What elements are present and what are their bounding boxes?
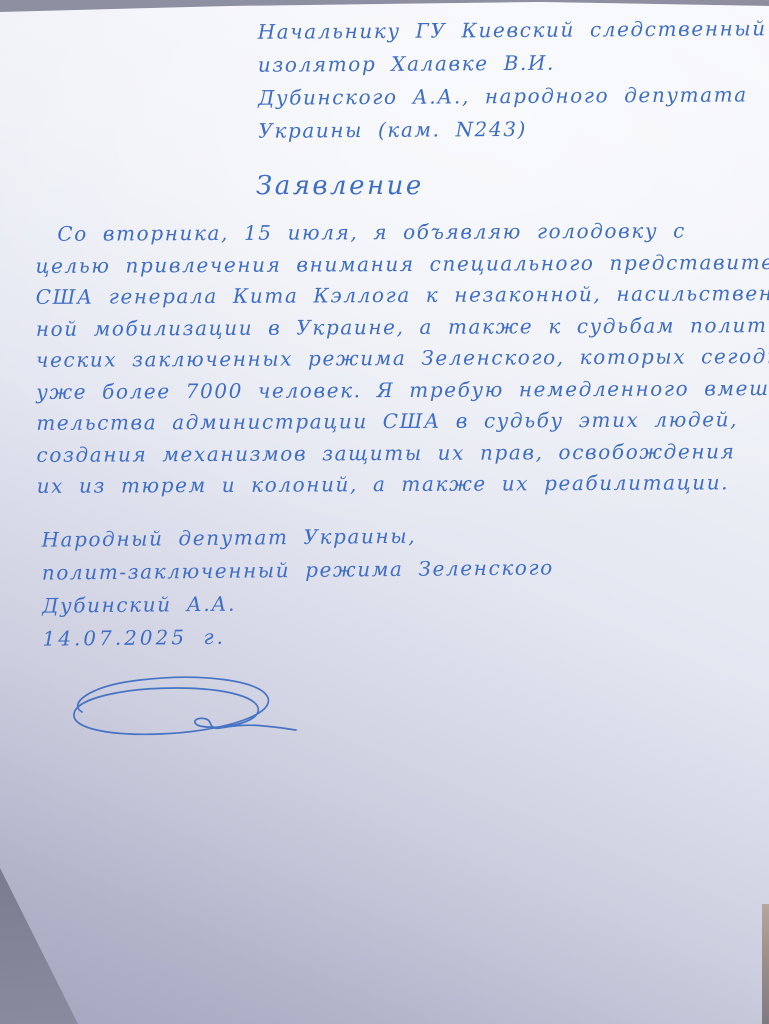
body-line: Со вторника, 15 июля, я объявляю голодов… [35,215,764,250]
letter-body: Со вторника, 15 июля, я объявляю голодов… [35,215,765,502]
header-line: Дубинского А.А., народного депутата [258,78,767,115]
paper-sheet: Начальнику ГУ Киевский следственный изол… [0,0,769,1024]
body-line: США генерала Кита Кэллога к незаконной, … [36,278,765,313]
body-line: их из тюрем и колоний, а также их реабил… [37,467,766,502]
body-line: ческих заключенных режима Зеленского, ко… [36,341,765,376]
photo-backdrop: { "document": { "kind": "handwritten-let… [0,0,769,1024]
body-line: тельства администрации США в судьбу этих… [36,404,765,439]
page-title: Заявление [256,170,424,203]
body-line: целью привлечения внимания специального … [35,247,764,282]
signoff-line: Народный депутат Украины, [41,518,553,556]
letter-signoff: Народный депутат Украины, полит-заключен… [41,518,554,655]
background-edge [762,904,769,1024]
header-line: Украины (кам. N243) [258,111,767,148]
date-line: 14.07.2025 г. [42,617,554,655]
handwritten-signature [50,664,300,759]
body-line: создания механизмов защиты их прав, осво… [36,436,765,471]
letter-header: Начальнику ГУ Киевский следственный изол… [258,12,768,148]
signoff-line: Дубинский А.А. [42,584,554,622]
signoff-line: полит-заключенный режима Зеленского [42,551,554,589]
body-line: уже более 7000 человек. Я требую немедле… [36,373,765,408]
header-line: изолятор Халавке В.И. [258,45,767,82]
header-line: Начальнику ГУ Киевский следственный [258,12,767,49]
body-line: ной мобилизации в Украине, а также к суд… [36,310,765,345]
signature-scribble-icon [50,664,300,759]
